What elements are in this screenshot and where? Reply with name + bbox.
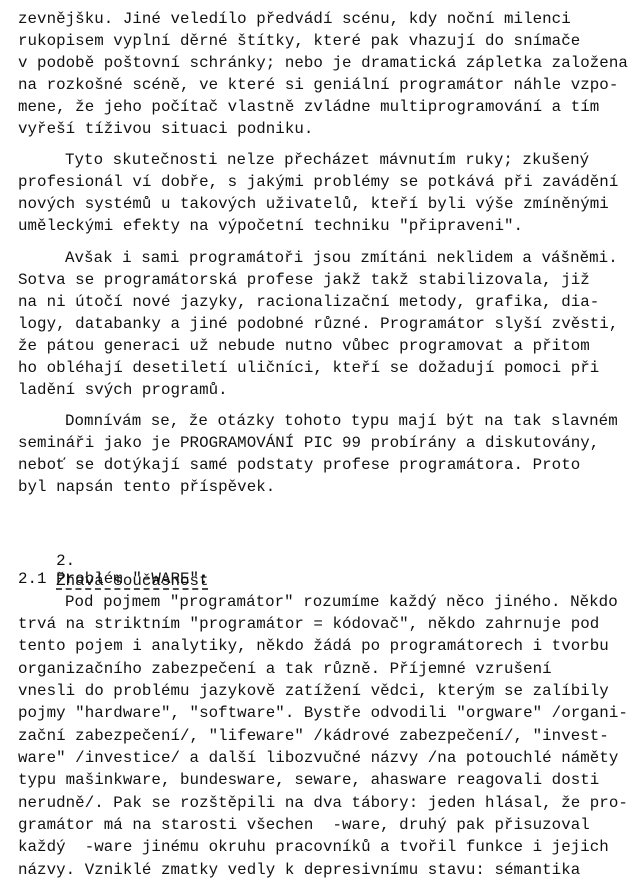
text-line: pojmy "hardware", "software". Bystře odv… <box>18 703 628 723</box>
text-line: na ni útočí nové jazyky, racionalizační … <box>18 292 599 312</box>
text-line: logy, databanky a jiné podobné různé. Pr… <box>18 314 618 334</box>
text-line: Tyto skutečnosti nelze přecházet mávnutí… <box>65 150 589 170</box>
text-line: každý -ware jinému okruhu pracovníků a t… <box>18 837 609 857</box>
text-line: zevnějšku. Jiné veledílo předvádí scénu,… <box>18 9 571 29</box>
text-line: profesionál ví dobře, s jakými problémy … <box>18 172 618 192</box>
text-line: nových systémů u takových uživatelů, kte… <box>18 194 609 214</box>
text-line: mene, že jeho počítač vlastně zvládne mu… <box>18 97 599 117</box>
text-line: vnesli do problému jazykově zatížení věd… <box>18 681 609 701</box>
text-line: ho obléhají desetiletí uličníci, kteří s… <box>18 358 599 378</box>
text-line: byl napsán tento příspěvek. <box>18 477 275 497</box>
document-page: zevnějšku. Jiné veledílo předvádí scénu,… <box>0 0 634 896</box>
text-line: Domnívám se, že otázky tohoto typu mají … <box>65 411 618 431</box>
text-line: ladění svých programů. <box>18 380 228 400</box>
text-line: semináři jako je PROGRAMOVÁNÍ PIC 99 pro… <box>18 433 599 453</box>
text-line: gramátor má na starosti všechen -ware, d… <box>18 815 590 835</box>
text-line: vyřeší tíživou situaci podniku. <box>18 119 313 139</box>
text-line: Avšak i sami programátoři jsou zmítáni n… <box>65 248 618 268</box>
text-line: uměleckými efekty na výpočetní techniku … <box>18 216 523 236</box>
text-line: organizačního zabezpečení a tak různě. P… <box>18 659 552 679</box>
text-line: typu mašinkware, bundesware, seware, aha… <box>18 770 599 790</box>
text-line: Sotva se programátorská profese jakž tak… <box>18 270 590 290</box>
text-line: tento pojem i analytiky, někdo žádá po p… <box>18 636 609 656</box>
text-line: ware" /investice/ a další libozvučné náz… <box>18 748 618 768</box>
text-line: že pátou generaci už nebude nutno vůbec … <box>18 336 590 356</box>
text-line: Pod pojmem "programátor" rozumíme každý … <box>65 592 618 612</box>
subsection-heading: 2.1 Problém "-WARE": <box>18 569 209 589</box>
text-line: na rozkošné scéně, ve které si geniální … <box>18 75 618 95</box>
text-line: v podobě poštovní schránky; nebo je dram… <box>18 53 628 73</box>
text-line: názvy. Vzniklé zmatky vedly k depresivní… <box>18 860 580 880</box>
text-line: nerudně/. Pak se rozštěpili na dva tábor… <box>18 793 628 813</box>
section-heading: 2. Žhavá současnost <box>18 531 209 551</box>
text-line: zační zabezpečení/, "lifeware" /kádrové … <box>18 726 609 746</box>
text-line: neboť se dotýkají samé podstaty profese … <box>18 455 580 475</box>
text-line: trvá na striktním "programátor = kódovač… <box>18 614 599 634</box>
text-line: rukopisem vyplní děrné štítky, které pak… <box>18 31 580 51</box>
section-number: 2. <box>56 552 75 570</box>
